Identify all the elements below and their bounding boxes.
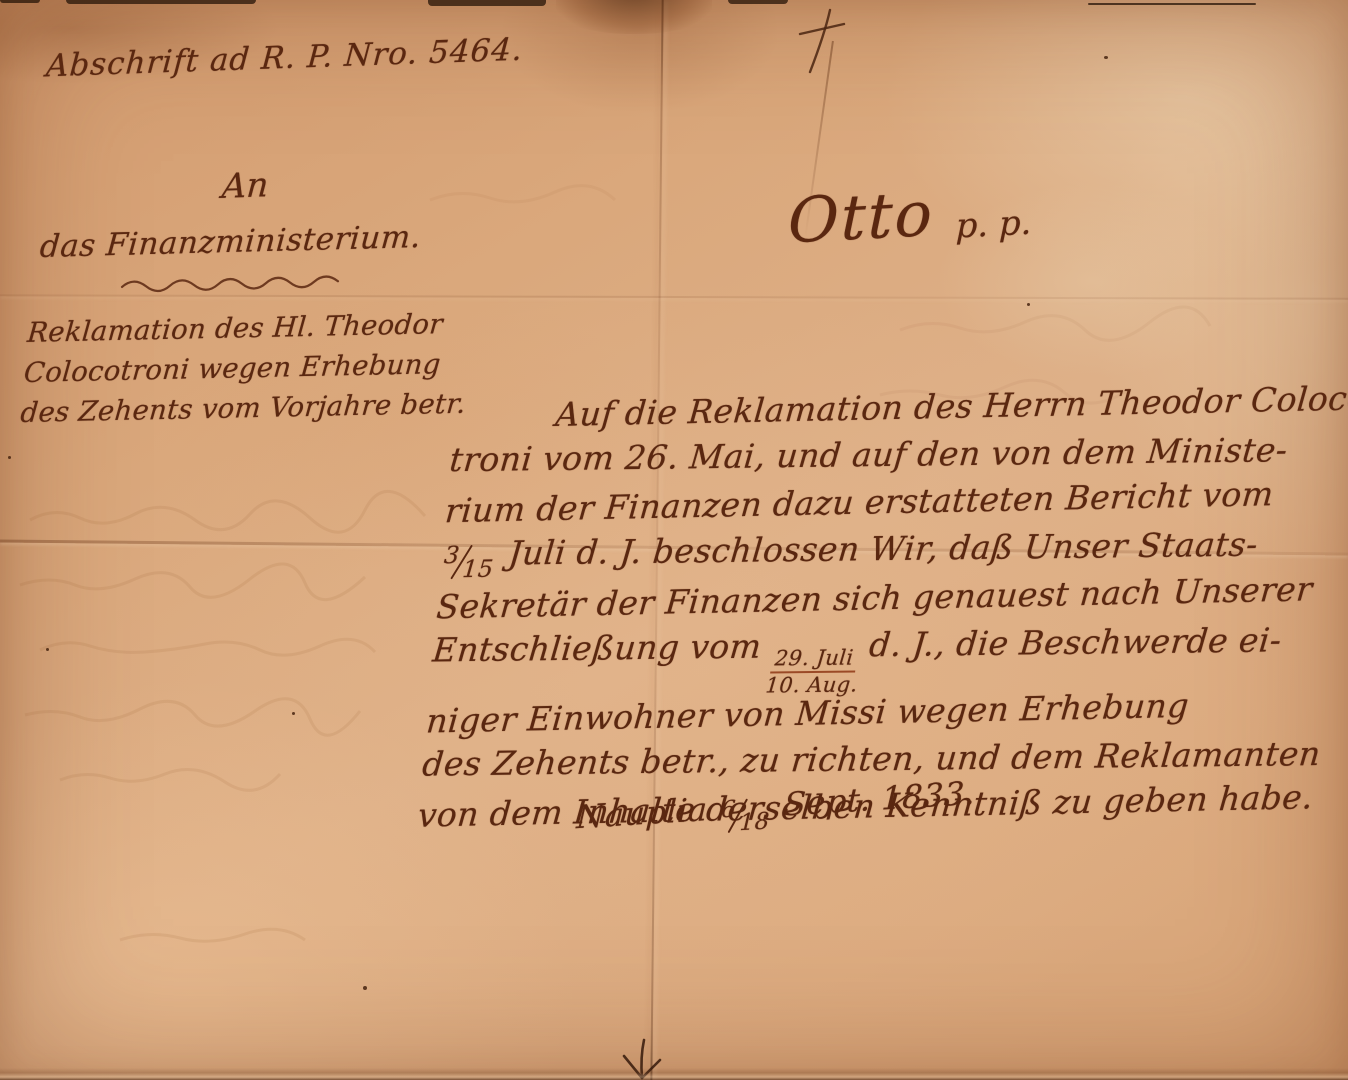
signature-suffix: p. p.	[955, 203, 1032, 247]
letter-body: Auf die Reklamation des Herrn Theodor Co…	[416, 377, 1348, 837]
tear-mark-top-right	[790, 6, 860, 78]
paper-edge-mark	[428, 0, 546, 6]
paper-edge-mark	[1088, 3, 1256, 5]
paper-bottom-edge	[0, 1068, 1348, 1080]
calendar-date-fraction: 315	[442, 546, 496, 580]
scanned-letter-page: Abschrift ad R. P. Nro. 5464. An das Fin…	[0, 0, 1348, 1080]
ink-speck	[363, 986, 367, 990]
paper-edge-mark	[66, 0, 256, 4]
calendar-date-fraction: 618	[720, 798, 771, 833]
royal-signature: Ottop. p.	[788, 172, 1033, 258]
ink-speck	[46, 648, 49, 651]
ink-speck	[8, 456, 11, 459]
paper-edge-mark	[0, 0, 40, 3]
subject-block: Reklamation des Hl. Theodor Colocotroni …	[19, 303, 499, 433]
calendar-date-fraction: 29. Juli10. Aug.	[765, 655, 860, 689]
paper-edge-mark	[728, 0, 788, 4]
ink-speck	[1104, 56, 1108, 59]
dateline-place: Nauplia	[576, 790, 709, 836]
ink-speck	[1027, 303, 1030, 306]
ink-speck	[292, 712, 295, 715]
recipient-salutation: An	[221, 165, 270, 207]
signature-name: Otto	[788, 177, 935, 258]
